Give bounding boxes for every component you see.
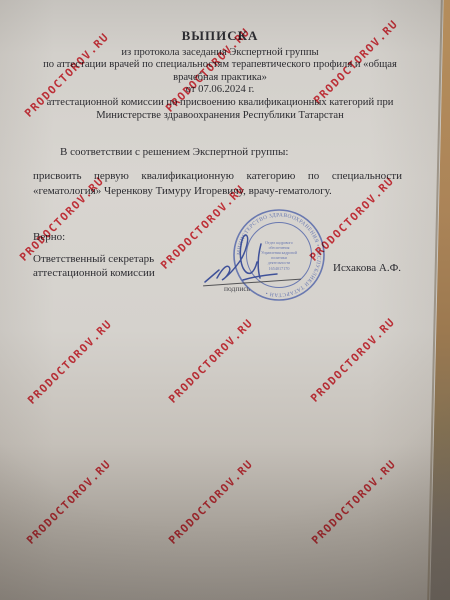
secretary-block: Ответственный секретарь аттестационной к… xyxy=(33,253,155,280)
document-header: ВЫПИСКА из протокола заседания Экспертно… xyxy=(28,30,412,122)
document-photo: ВЫПИСКА из протокола заседания Экспертно… xyxy=(0,0,450,600)
secretary-line-1: Ответственный секретарь xyxy=(33,253,155,267)
header-line-4: от 07.06.2024 г. xyxy=(28,84,412,97)
signature-ink xyxy=(195,226,315,290)
header-line-5: аттестационной комиссии по присвоению кв… xyxy=(28,97,412,110)
secretary-line-2: аттестационной комиссии xyxy=(33,267,155,281)
intro-paragraph: В соответствии с решением Экспертной гру… xyxy=(60,146,288,158)
signature-caption: подпись xyxy=(224,284,250,293)
header-line-6: Министерстве здравоохранения Республики … xyxy=(28,110,412,123)
document-title: ВЫПИСКА xyxy=(28,30,412,43)
secretary-name: Исхакова А.Ф. xyxy=(333,262,401,274)
body-line-1: присвоить первую квалификационную катего… xyxy=(33,169,402,184)
header-line-3: врачебная практика» xyxy=(28,72,412,85)
